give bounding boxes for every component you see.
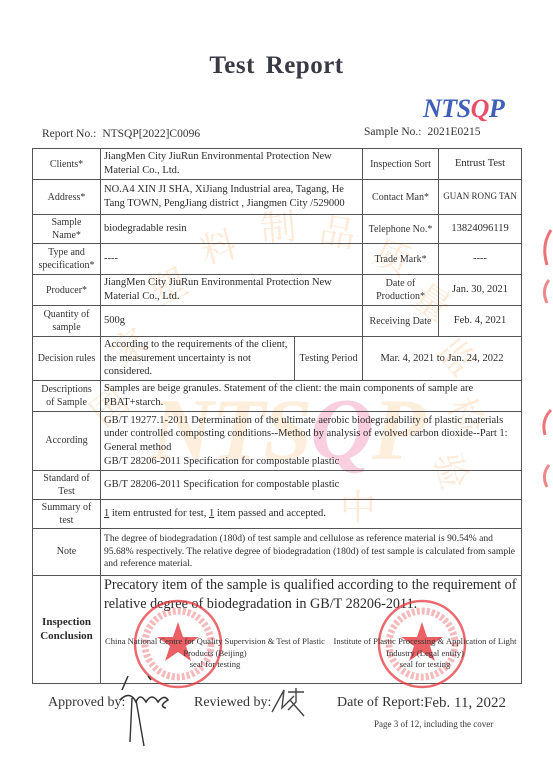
sample-name-value: biodegradable resin	[101, 215, 363, 244]
contact-man-value: GUAN RONG TAN	[439, 180, 522, 215]
report-number-value: NTSQP[2022]C0096	[102, 128, 200, 140]
producer-label: Producer*	[33, 275, 101, 306]
descriptions-label: Descriptions of Sample	[33, 380, 101, 411]
telephone-label: Telephone No.*	[363, 215, 439, 244]
trade-mark-label: Trade Mark*	[363, 244, 439, 275]
row-decision-rules: Decision rules According to the requirem…	[33, 337, 522, 381]
date-of-production-label: Date of Production*	[363, 275, 439, 306]
clients-label: Clients*	[33, 149, 101, 180]
approver-signature-icon	[118, 672, 180, 752]
standard-of-test-label: Standard of Test	[33, 470, 101, 499]
test-report-page: Test Report NTSQP Report No.:NTSQP[2022]…	[0, 0, 553, 779]
row-sample-name: Sample Name* biodegradable resin Telepho…	[33, 215, 522, 244]
date-of-report-value: Feb. 11, 2022	[424, 695, 506, 712]
quantity-label: Quantity of sample	[33, 306, 101, 337]
receiving-date-label: Receiving Date	[363, 306, 439, 337]
document-title: Test Report	[0, 52, 553, 80]
quantity-value: 500g	[101, 306, 363, 337]
row-quantity: Quantity of sample 500g Receiving Date F…	[33, 306, 522, 337]
approved-by-label: Approved by:	[48, 695, 125, 711]
seal-right-caption: Institute of Plastic Processing & Applic…	[330, 636, 520, 671]
address-label: Address*	[33, 180, 101, 215]
row-conclusion: Inspection Conclusion Precatory item of …	[33, 575, 522, 683]
producer-value: JiangMen City JiuRun Environmental Prote…	[101, 275, 363, 306]
standard-of-test-value: GB/T 28206-2011 Specification for compos…	[101, 470, 522, 499]
inspection-sort-label: Inspection Sort	[363, 149, 439, 180]
sample-number-value: 2021E0215	[428, 126, 481, 138]
inspection-sort-value: Entrust Test	[439, 149, 522, 180]
date-of-production-value: Jan. 30, 2021	[439, 275, 522, 306]
row-type-spec: Type and specification* ---- Trade Mark*…	[33, 244, 522, 275]
row-note: Note The degree of biodegradation (180d)…	[33, 528, 522, 575]
type-spec-value: ----	[101, 244, 363, 275]
report-number: Report No.:NTSQP[2022]C0096	[42, 128, 200, 140]
address-value: NO.A4 XIN JI SHA, XiJiang Industrial are…	[101, 180, 363, 215]
row-descriptions: Descriptions of Sample Samples are beige…	[33, 380, 522, 411]
seal-left-caption: China National Centre for Quality Superv…	[100, 636, 330, 671]
summary-value: 1 item entrusted for test, 1 item passed…	[101, 499, 522, 528]
telephone-value: 13824096119	[439, 215, 522, 244]
contact-man-label: Contact Man*	[363, 180, 439, 215]
row-summary: Summary of test 1 item entrusted for tes…	[33, 499, 522, 528]
row-producer: Producer* JiangMen City JiuRun Environme…	[33, 275, 522, 306]
trade-mark-value: ----	[439, 244, 522, 275]
report-table-grid: Clients* JiangMen City JiuRun Environmen…	[32, 148, 522, 684]
clients-value: JiangMen City JiuRun Environmental Prote…	[101, 149, 363, 180]
row-address: Address* NO.A4 XIN JI SHA, XiJiang Indus…	[33, 180, 522, 215]
decision-rules-value: According to the requirements of the cli…	[101, 337, 295, 381]
testing-period-label: Testing Period	[295, 337, 363, 381]
date-of-report-label: Date of Report:	[337, 695, 424, 711]
row-according: According GB/T 19277.1-2011 Determinatio…	[33, 411, 522, 470]
decision-rules-label: Decision rules	[33, 337, 101, 381]
note-label: Note	[33, 528, 101, 575]
type-spec-label: Type and specification*	[33, 244, 101, 275]
ntsqp-logo: NTSQP	[423, 94, 504, 124]
summary-label: Summary of test	[33, 499, 101, 528]
receiving-date-value: Feb. 4, 2021	[439, 306, 522, 337]
note-value: The degree of biodegradation (180d) of t…	[101, 528, 522, 575]
conclusion-cell: Precatory item of the sample is qualifie…	[101, 575, 522, 683]
according-label: According	[33, 411, 101, 470]
reviewer-signature-icon	[268, 686, 308, 720]
reviewed-by-label: Reviewed by:	[194, 695, 271, 711]
sample-name-label: Sample Name*	[33, 215, 101, 244]
row-clients: Clients* JiangMen City JiuRun Environmen…	[33, 149, 522, 180]
according-standard-2: GB/T 28206-2011 Specification for compos…	[104, 455, 518, 469]
conclusion-label: Inspection Conclusion	[33, 575, 101, 683]
descriptions-value: Samples are beige granules. Statement of…	[101, 380, 522, 411]
according-value: GB/T 19277.1-2011 Determination of the u…	[101, 411, 522, 470]
row-standard-of-test: Standard of Test GB/T 28206-2011 Specifi…	[33, 470, 522, 499]
according-standard-1: GB/T 19277.1-2011 Determination of the u…	[104, 414, 518, 455]
testing-period-value: Mar. 4, 2021 to Jan. 24, 2022	[363, 337, 522, 381]
page-number-note: Page 3 of 12, including the cover	[374, 719, 493, 729]
sample-number: Sample No.:2021E0215	[364, 126, 481, 138]
perforation-seal-icon	[533, 225, 553, 525]
